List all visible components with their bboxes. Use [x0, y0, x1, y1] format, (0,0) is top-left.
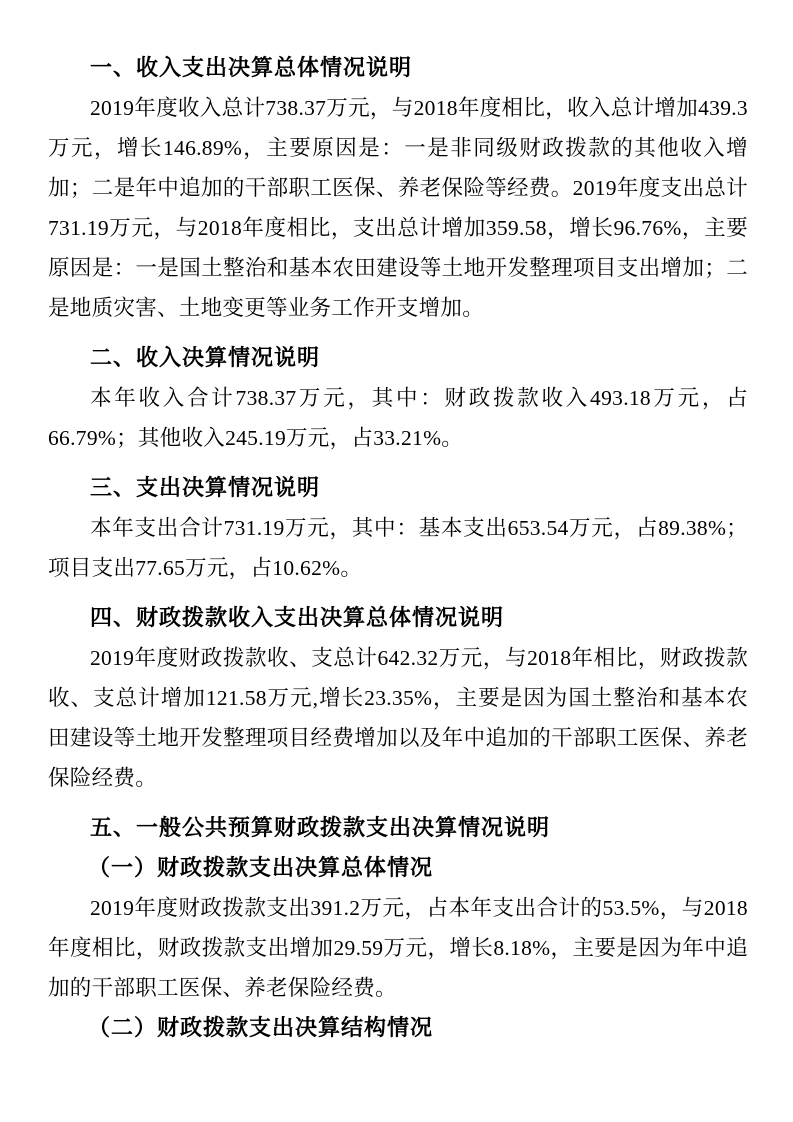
para-expenditure-final-accounts: 本年支出合计731.19万元，其中：基本支出653.54万元，占89.38%；项…	[48, 508, 748, 588]
heading-fiscal-appropriation-overall: 四、财政拨款收入支出决算总体情况说明	[48, 598, 748, 638]
document-page: 一、收入支出决算总体情况说明 2019年度收入总计738.37万元，与2018年…	[0, 0, 793, 1122]
para-fiscal-expenditure-overall: 2019年度财政拨款支出391.2万元，占本年支出合计的53.5%，与2018年…	[48, 888, 748, 1008]
para-fiscal-appropriation-overall: 2019年度财政拨款收、支总计642.32万元，与2018年相比，财政拨款收、支…	[48, 638, 748, 798]
heading-expenditure-final-accounts: 三、支出决算情况说明	[48, 468, 748, 508]
heading-revenue-expenditure-overall: 一、收入支出决算总体情况说明	[48, 48, 748, 88]
heading-revenue-final-accounts: 二、收入决算情况说明	[48, 338, 748, 378]
subheading-fiscal-expenditure-overall: （一）财政拨款支出决算总体情况	[48, 848, 748, 888]
para-revenue-expenditure-overall: 2019年度收入总计738.37万元，与2018年度相比，收入总计增加439.3…	[48, 88, 748, 328]
para-revenue-final-accounts: 本年收入合计738.37万元，其中：财政拨款收入493.18万元，占66.79%…	[48, 378, 748, 458]
heading-general-public-budget-expenditure: 五、一般公共预算财政拨款支出决算情况说明	[48, 808, 748, 848]
subheading-fiscal-expenditure-structure: （二）财政拨款支出决算结构情况	[48, 1008, 748, 1048]
